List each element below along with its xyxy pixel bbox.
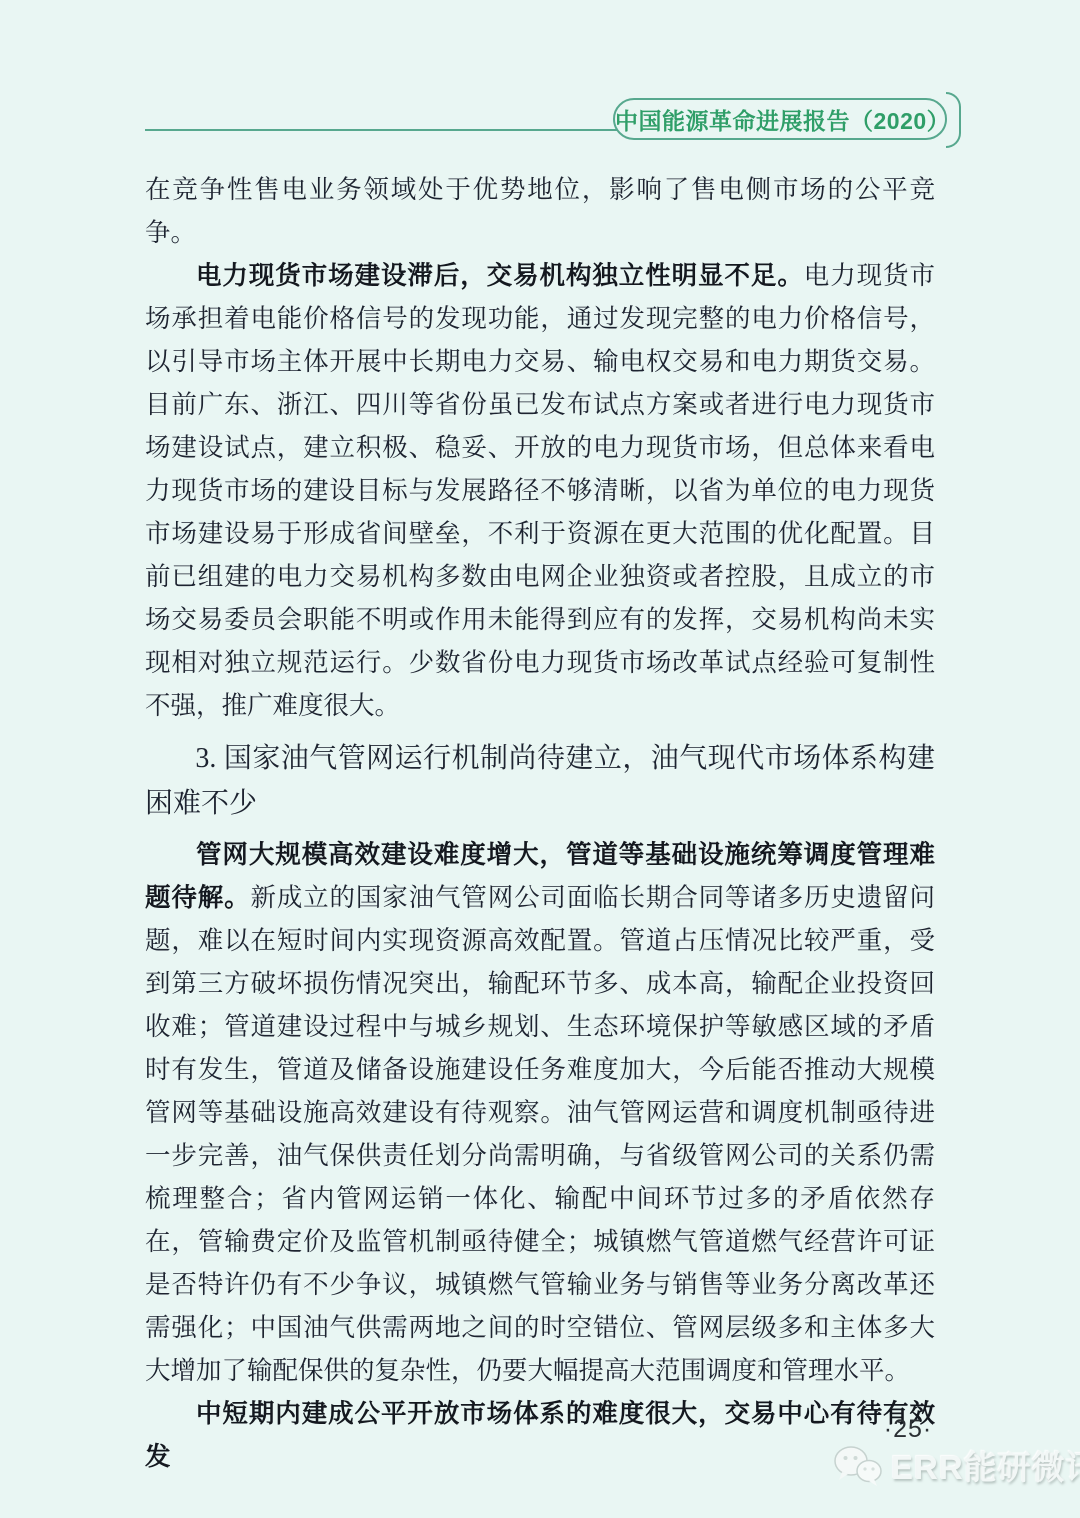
section-heading-3: 3. 国家油气管网运行机制尚待建立，油气现代市场体系构建困难不少 [145, 736, 935, 826]
paragraph-pipeline-network: 管网大规模高效建设难度增大，管道等基础设施统筹调度管理难题待解。新成立的国家油气… [145, 833, 935, 1392]
paragraph-market-system: 中短期内建成公平开放市场体系的难度很大，交易中心有待有效发 [145, 1392, 935, 1478]
header-outer-arc [946, 92, 961, 148]
header-rule [145, 129, 623, 131]
paragraph-continuation: 在竞争性售电业务领域处于优势地位，影响了售电侧市场的公平竞争。 [145, 168, 935, 254]
paragraph-power-spot-market: 电力现货市场建设滞后，交易机构独立性明显不足。电力现货市场承担着电能价格信号的发… [145, 254, 935, 727]
paragraph-lead-bold: 电力现货市场建设滞后，交易机构独立性明显不足。 [196, 261, 804, 290]
paragraph-rest: 新成立的国家油气管网公司面临长期合同等诸多历史遗留问题，难以在短时间内实现资源高… [145, 883, 935, 1385]
wechat-icon [832, 1443, 884, 1489]
page-body: 在竞争性售电业务领域处于优势地位，影响了售电侧市场的公平竞争。 电力现货市场建设… [145, 168, 935, 1478]
report-title: 中国能源革命进展报告（2020） [613, 98, 947, 140]
watermark-label: ERR能研微讯 [891, 1442, 1080, 1489]
watermark: ERR能研微讯 [832, 1442, 1080, 1489]
page-number: ·25· [868, 1415, 948, 1444]
paragraph-rest: 电力现货市场承担着电能价格信号的发现功能，通过发现完整的电力价格信号，以引导市场… [145, 261, 935, 720]
document-page: 中国能源革命进展报告（2020） 在竞争性售电业务领域处于优势地位，影响了售电侧… [0, 0, 1080, 1518]
